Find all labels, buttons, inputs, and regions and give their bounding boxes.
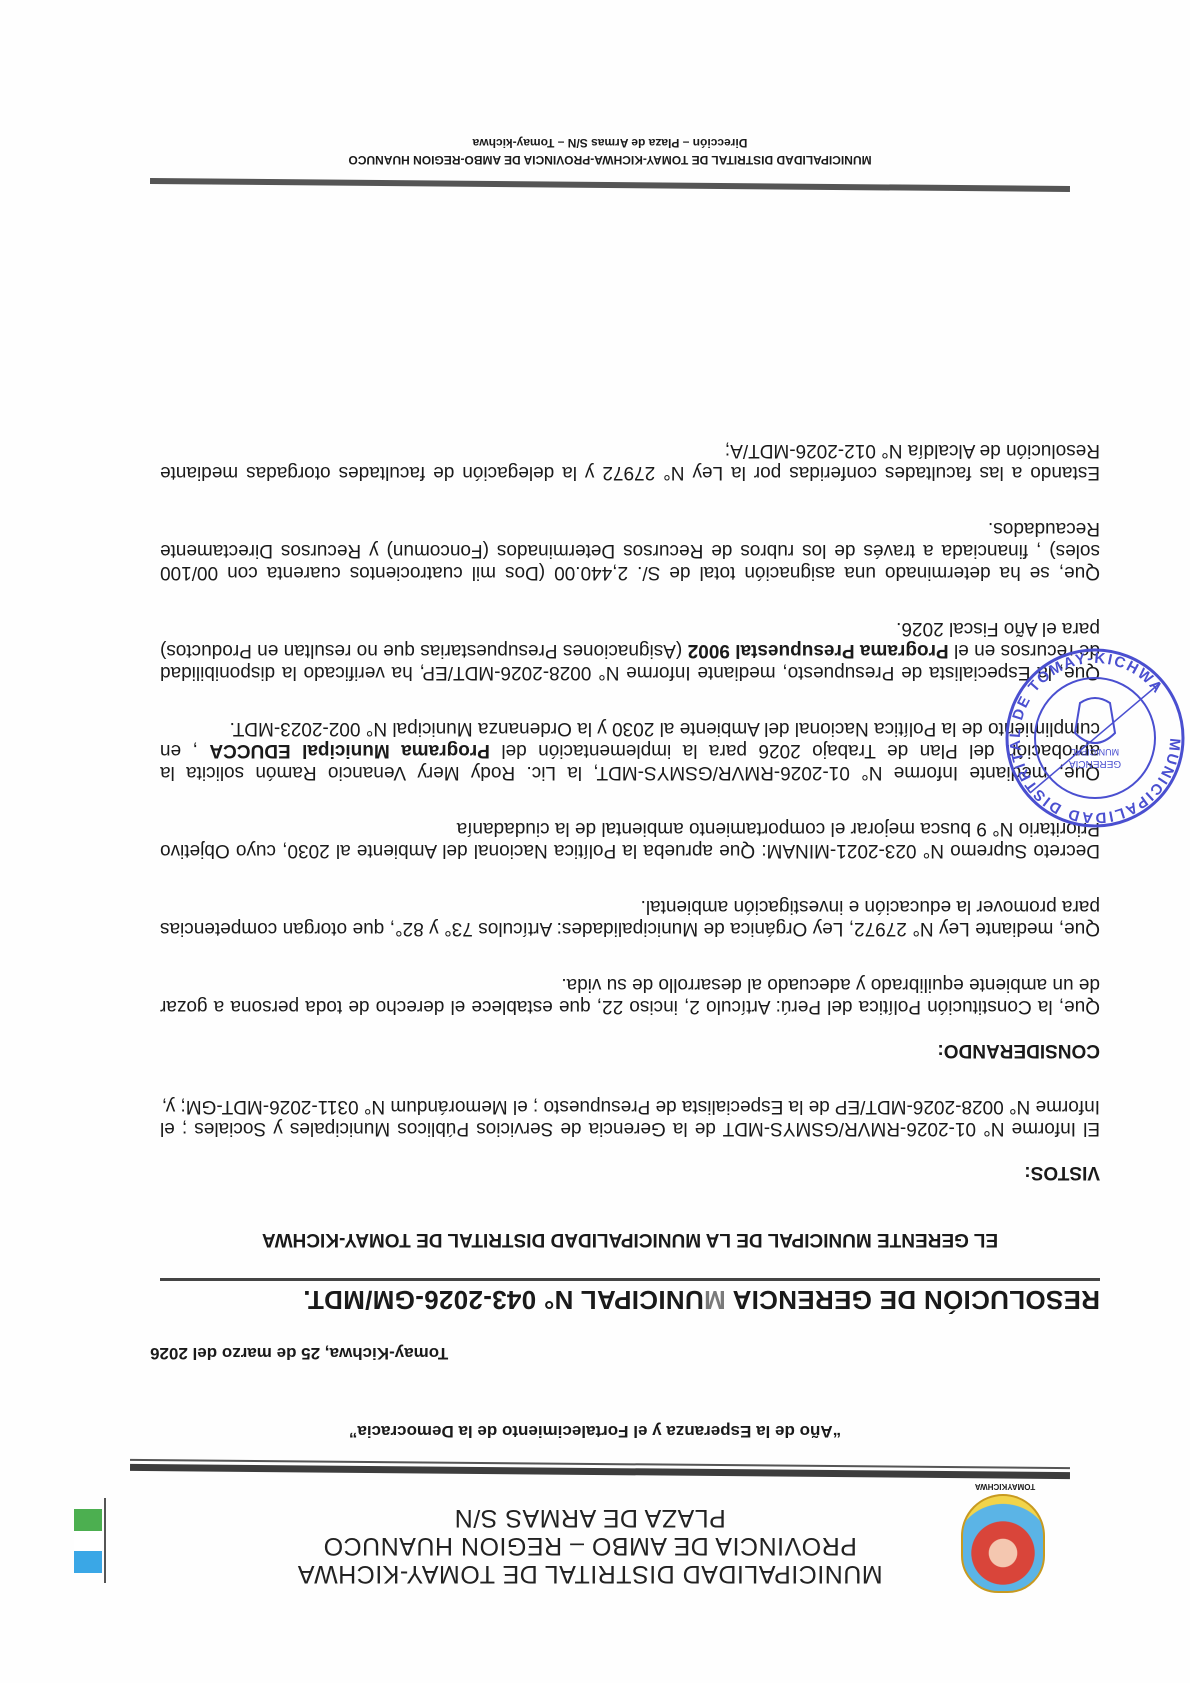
issuing-authority: EL GERENTE MUNICIPAL DE LA MUNICIPALIDAD… (160, 1228, 1100, 1251)
document-page: TOMAYKICHWA MUNICIPALIDAD DISTRITAL DE T… (0, 0, 1190, 1683)
budget-program: Programa Presupuestal 9002 (688, 640, 949, 661)
official-stamp-icon: MUNICIPALIDAD DISTRITAL DE TOMAY-KICHWA … (1000, 643, 1190, 833)
footer-address: Dirección – Plaza de Armas S/N – Tomay-k… (150, 134, 1070, 151)
letterhead-line-2: PROVINCIA DE AMBO – REGION HUANUCO (280, 1532, 900, 1560)
place-and-date: Tomay-Kichwa, 25 de marzo del 2026 (150, 1343, 1190, 1363)
footer-divider (150, 178, 1070, 192)
coat-of-arms-icon (961, 1494, 1045, 1593)
considerando-paragraph: Estando a las facultades conferidas por … (160, 439, 1100, 483)
considerando-paragraph: Que, la Especialista de Presupuesto, med… (160, 617, 1100, 683)
logo-caption: TOMAYKICHWA (950, 1482, 1060, 1491)
considerando-paragraph: Que, se ha determinado una asignación to… (160, 517, 1100, 583)
letterhead: TOMAYKICHWA MUNICIPALIDAD DISTRITAL DE T… (0, 1483, 1190, 1683)
letterhead-line-1: MUNICIPALIDAD DISTRITAL DE TOMAY-KICHWA (280, 1560, 900, 1588)
program-name: Programa Municipal EDUCCA (209, 740, 490, 761)
municipal-logo: TOMAYKICHWA (950, 1463, 1060, 1603)
vistos-heading: VISTOS: (160, 1161, 1100, 1183)
letterhead-title: MUNICIPALIDAD DISTRITAL DE TOMAY-KICHWA … (280, 1504, 900, 1588)
considerando-paragraph: Que, la Constitución Política del Perú: … (160, 973, 1100, 1017)
footer: MUNICIPALIDAD DISTRITAL DE TOMAY-KICHWA-… (150, 134, 1070, 168)
resolution-title: RESOLUCIÓN DE GERENCIA MUNICIPAL N° 043-… (160, 1284, 1100, 1315)
considerando-paragraph: Que, mediante Informe N° 01-2026-RMVR/GS… (160, 717, 1100, 783)
considerando-heading: CONSIDERANDO: (160, 1039, 1100, 1061)
document-body: VISTOS: El Informe N° 01-2026-RMVR/GSMYS… (160, 405, 1100, 1183)
considerando-paragraph: Que, mediante Ley N° 27972, Ley Orgánica… (160, 895, 1100, 939)
footer-line-1: MUNICIPALIDAD DISTRITAL DE TOMAY-KICHWA-… (150, 151, 1070, 168)
district-flag-icon (74, 1503, 102, 1573)
vistos-text: El Informe N° 01-2026-RMVR/GSMYS-MDT de … (160, 1095, 1100, 1139)
year-motto: “Año de la Esperanza y el Fortalecimient… (0, 1421, 1190, 1441)
svg-text:GERENCIA: GERENCIA (1069, 758, 1122, 769)
title-underline (160, 1278, 1100, 1281)
considerando-paragraph: Decreto Supremo N° 023-2021-MINAM: Que a… (160, 817, 1100, 861)
letterhead-line-3: PLAZA DE ARMAS S/N (280, 1504, 900, 1532)
